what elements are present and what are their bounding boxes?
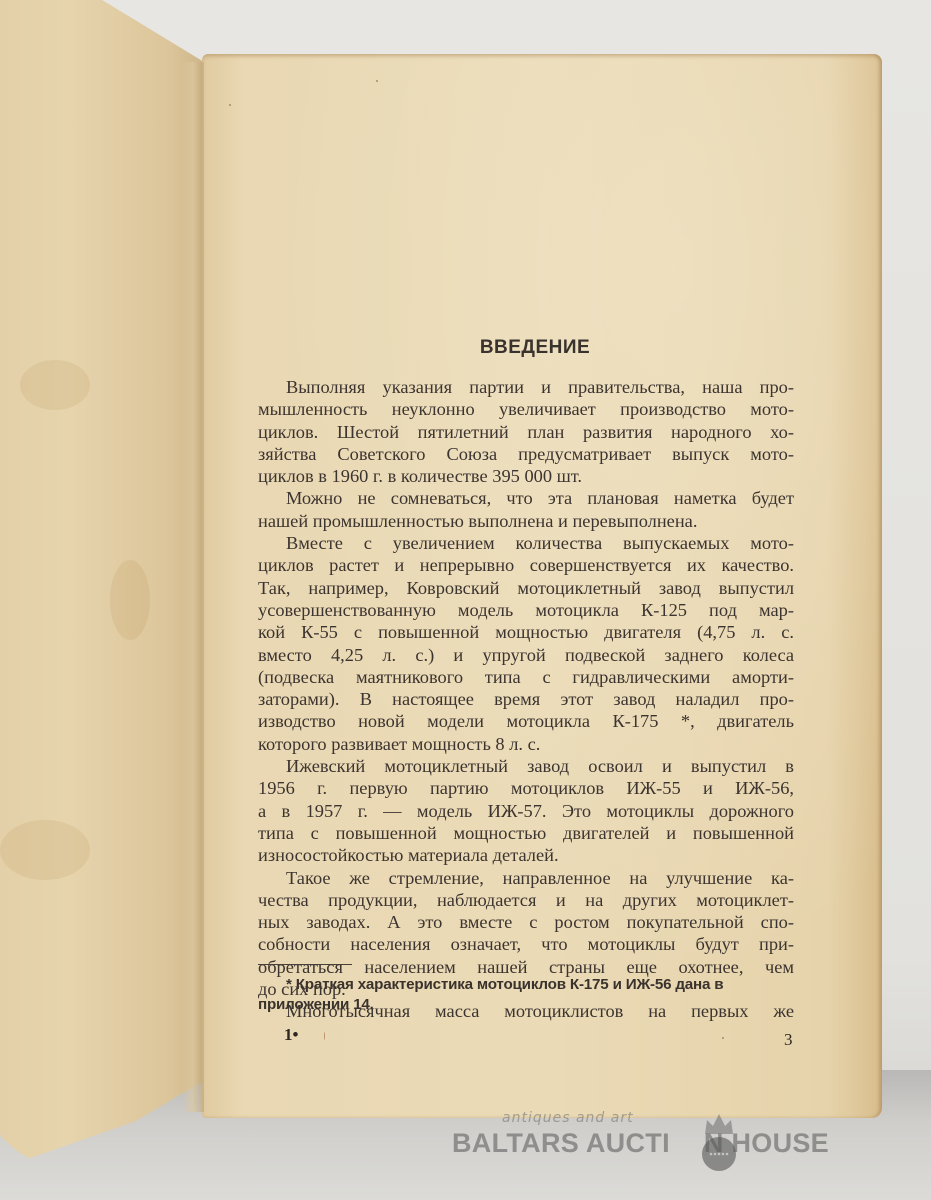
watermark: antiques and art BALTARS AUCTIN HOUSE (452, 1110, 852, 1180)
left-page (0, 0, 202, 1168)
signature-mark: 1• (284, 1025, 298, 1045)
paragraph-1: Выполняя указания партии и правительства… (258, 376, 794, 487)
footnote-divider (258, 964, 352, 965)
paper-stain (20, 360, 90, 410)
text-line: мышленность неуклонно увеличивает произв… (258, 398, 794, 420)
paragraph-2: Можно не сомневаться, что эта плановая н… (258, 487, 794, 532)
text-line: изводство новой модели мотоцикла К-175 *… (258, 710, 794, 732)
text-line: собности населения означает, что мотоцик… (258, 933, 794, 955)
text-line: Можно не сомневаться, что эта плановая н… (258, 487, 794, 509)
paper-stain (110, 560, 150, 640)
text-line: вместо 4,25 л. с.) и упругой подвеской з… (258, 644, 794, 666)
text-line: Так, например, Ковровский мотоциклетный … (258, 577, 794, 599)
text-line: которого развивает мощность 8 л. с. (258, 733, 794, 755)
watermark-brand: BALTARS AUCTIN HOUSE (452, 1128, 829, 1159)
book-gutter (182, 62, 204, 1112)
footnote-line: приложении 14. (258, 995, 808, 1015)
text-line: зяйства Советского Союза предусматривает… (258, 443, 794, 465)
watermark-tagline: antiques and art (502, 1110, 634, 1126)
text-line: циклов в 1960 г. в количестве 395 000 шт… (258, 465, 794, 487)
text-line: Вместе с увеличением количества выпускае… (258, 532, 794, 554)
page-title: ВВЕДЕНИЕ (258, 337, 794, 359)
text-line: усовершенствованную модель мотоцикла К-1… (258, 599, 794, 621)
text-line: Такое же стремление, направленное на улу… (258, 867, 794, 889)
footnote-line: * Краткая характеристика мотоциклов К-17… (258, 975, 808, 995)
text-line: типа с повышенной мощностью двигателей и… (258, 822, 794, 844)
page-body: ВВЕДЕНИЕ Выполняя указания партии и прав… (258, 337, 794, 1023)
text-line: (подвеска маятникового типа с гидравличе… (258, 666, 794, 688)
watermark-brand-left: BALTARS AUCTI (452, 1128, 670, 1158)
text-line: циклов растет и непрерывно совершенствуе… (258, 554, 794, 576)
text-line: нашей промышленностью выполнена и перевы… (258, 510, 794, 532)
text-line: Выполняя указания партии и правительства… (258, 376, 794, 398)
text-line: Ижевский мотоциклетный завод освоил и вы… (258, 755, 794, 777)
text-line: кой К-55 с повышенной мощностью двигател… (258, 621, 794, 643)
paragraph-4: Ижевский мотоциклетный завод освоил и вы… (258, 755, 794, 866)
text-line: ных заводах. А это вместе с ростом покуп… (258, 911, 794, 933)
text-line: износостойкостью материала деталей. (258, 844, 794, 866)
text-line: циклов. Шестой пятилетний план развития … (258, 421, 794, 443)
text-line: 1956 г. первую партию мотоциклов ИЖ-55 и… (258, 777, 794, 799)
paragraph-3: Вместе с увеличением количества выпускае… (258, 532, 794, 755)
text-line: заторами). В настоящее время этот завод … (258, 688, 794, 710)
footnote: * Краткая характеристика мотоциклов К-17… (258, 975, 808, 1015)
text-line: а в 1957 г. — модель ИЖ-57. Это мотоцикл… (258, 800, 794, 822)
paper-stain (0, 820, 90, 880)
crown-logo-icon (701, 1112, 737, 1172)
page-number: 3 (784, 1030, 793, 1050)
text-line: чества продукции, наблюдается и на други… (258, 889, 794, 911)
